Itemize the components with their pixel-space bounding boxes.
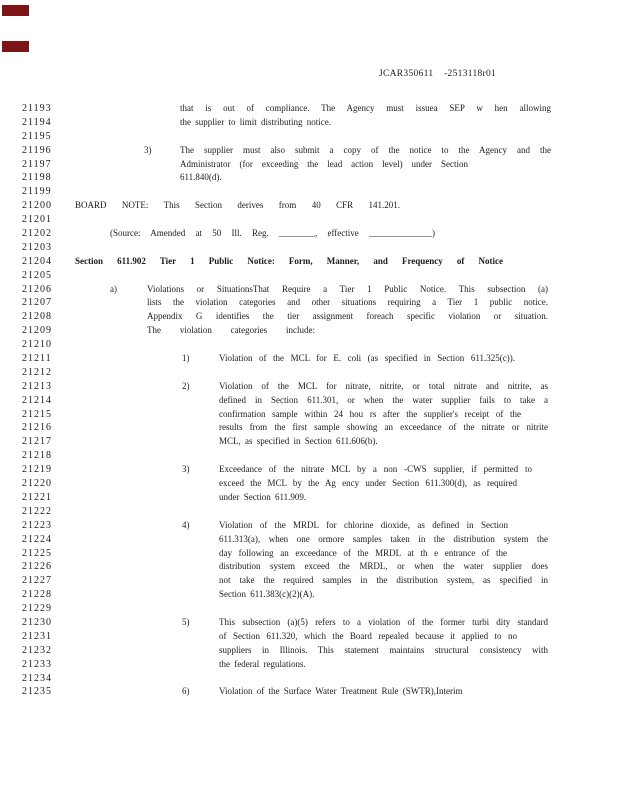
line-text: confirmation sample within 24 hou rs aft… <box>219 408 521 422</box>
document-id-header: JCAR350611 -2513118r01 <box>379 69 496 79</box>
line-number: 21196 <box>22 144 52 158</box>
line-number: 21204 <box>22 255 52 269</box>
doc-line: 212193)Exceedance of the nitrate MCL by … <box>0 463 618 477</box>
doc-line: 21233the federal regulations. <box>0 658 618 672</box>
line-text: (Source: Amended at 50 Ill. Reg. _______… <box>110 227 435 241</box>
list-item-marker: 6) <box>182 685 190 699</box>
doc-line: 21199 <box>0 185 618 199</box>
doc-line: 21227not take the required samples in th… <box>0 574 618 588</box>
line-number: 21212 <box>22 366 52 380</box>
line-text: Administrator (for exceeding the lead ac… <box>180 158 468 172</box>
line-number: 21222 <box>22 505 52 519</box>
line-number: 21227 <box>22 574 52 588</box>
line-text: Appendix G identifies the tier assignmen… <box>147 310 548 324</box>
doc-line: 21206a)Violations or SituationsThat Requ… <box>0 283 618 297</box>
line-text: BOARD NOTE: This Section derives from 40… <box>75 199 400 213</box>
doc-line: 21224611.313(a), when one ormore samples… <box>0 533 618 547</box>
doc-line: 21212 <box>0 366 618 380</box>
line-text: distribution system exceed the MRDL, or … <box>219 560 548 574</box>
line-number: 21205 <box>22 269 52 283</box>
doc-line: 212356)Violation of the Surface Water Tr… <box>0 685 618 699</box>
list-item-marker: 3) <box>144 144 152 158</box>
line-text: Section 611.383(c)(2)(A). <box>219 588 314 602</box>
line-number: 21199 <box>22 185 52 199</box>
line-text: The violation categories include: <box>147 324 315 338</box>
line-text: day following an exceedance of the MRDL … <box>219 547 507 561</box>
line-number: 21234 <box>22 672 52 686</box>
doc-line: 21216results from the first sample showi… <box>0 421 618 435</box>
doc-line: 21221under Section 611.909. <box>0 491 618 505</box>
line-text: 611.840(d). <box>180 171 222 185</box>
line-number: 21228 <box>22 588 52 602</box>
line-text: Violation of the MCL for E. coli (as spe… <box>219 352 515 366</box>
line-number: 21194 <box>22 116 52 130</box>
line-number: 21198 <box>22 171 52 185</box>
line-text: Violation of the MCL for nitrate, nitrit… <box>219 380 548 394</box>
doc-line: 21197Administrator (for exceeding the le… <box>0 158 618 172</box>
line-number: 21230 <box>22 616 52 630</box>
line-text: The supplier must also submit a copy of … <box>180 144 551 158</box>
line-text: MCL, as specified in Section 611.606(b). <box>219 435 378 449</box>
list-item-marker: a) <box>110 283 117 297</box>
line-text: Section 611.902 Tier 1 Public Notice: Fo… <box>75 255 503 269</box>
list-item-marker: 4) <box>182 519 190 533</box>
line-text: Exceedance of the nitrate MCL by a non -… <box>219 463 532 477</box>
line-number: 21229 <box>22 602 52 616</box>
line-text: that is out of compliance. The Agency mu… <box>180 102 551 116</box>
doc-line: 21202(Source: Amended at 50 Ill. Reg. __… <box>0 227 618 241</box>
line-number: 21220 <box>22 477 52 491</box>
doc-line: 21229 <box>0 602 618 616</box>
line-number: 21214 <box>22 394 52 408</box>
line-number: 21209 <box>22 324 52 338</box>
doc-line: 21226distribution system exceed the MRDL… <box>0 560 618 574</box>
line-number: 21207 <box>22 296 52 310</box>
doc-line: 212305)This subsection (a)(5) refers to … <box>0 616 618 630</box>
line-number: 21208 <box>22 310 52 324</box>
line-number: 21226 <box>22 560 52 574</box>
doc-line: 21234 <box>0 672 618 686</box>
doc-line: 21232suppliers in Illinois. This stateme… <box>0 644 618 658</box>
line-text: defined in Section 611.301, or when the … <box>219 394 548 408</box>
doc-line: 21207lists the violation categories and … <box>0 296 618 310</box>
doc-line: 21203 <box>0 241 618 255</box>
line-number: 21231 <box>22 630 52 644</box>
line-text: This subsection (a)(5) refers to a viola… <box>219 616 548 630</box>
line-number: 21195 <box>22 130 52 144</box>
line-number: 21221 <box>22 491 52 505</box>
doc-line: 21201 <box>0 213 618 227</box>
line-number: 21217 <box>22 435 52 449</box>
document-page: JCAR350611 -2513118r01 21193that is out … <box>0 0 618 800</box>
line-text: Violations or SituationsThat Require a T… <box>147 283 548 297</box>
line-text: 611.313(a), when one ormore samples take… <box>219 533 548 547</box>
line-number: 21197 <box>22 158 52 172</box>
line-number: 21201 <box>22 213 52 227</box>
scan-artifact-mark-second <box>2 41 29 52</box>
doc-line: 21220exceed the MCL by the Ag ency under… <box>0 477 618 491</box>
line-number: 21224 <box>22 533 52 547</box>
line-text: the supplier to limit distributing notic… <box>180 116 331 130</box>
line-number: 21210 <box>22 338 52 352</box>
line-text: Violation of the Surface Water Treatment… <box>219 685 463 699</box>
line-number: 21211 <box>22 352 52 366</box>
line-text: not take the required samples in the dis… <box>219 574 548 588</box>
line-text: suppliers in Illinois. This statement ma… <box>219 644 548 658</box>
document-body: 21193that is out of compliance. The Agen… <box>0 102 618 699</box>
line-number: 21202 <box>22 227 52 241</box>
doc-line: 21208Appendix G identifies the tier assi… <box>0 310 618 324</box>
doc-line: 21194the supplier to limit distributing … <box>0 116 618 130</box>
doc-line: 21225day following an exceedance of the … <box>0 547 618 561</box>
doc-line: 211963)The supplier must also submit a c… <box>0 144 618 158</box>
list-item-marker: 5) <box>182 616 190 630</box>
list-item-marker: 1) <box>182 352 190 366</box>
line-number: 21215 <box>22 408 52 422</box>
line-number: 21235 <box>22 685 52 699</box>
doc-line: 21193that is out of compliance. The Agen… <box>0 102 618 116</box>
doc-line: 21198611.840(d). <box>0 171 618 185</box>
line-text: lists the violation categories and other… <box>147 296 548 310</box>
line-text: the federal regulations. <box>219 658 306 672</box>
doc-line: 21210 <box>0 338 618 352</box>
doc-line: 21215confirmation sample within 24 hou r… <box>0 408 618 422</box>
line-text: Violation of the MRDL for chlorine dioxi… <box>219 519 508 533</box>
list-item-marker: 2) <box>182 380 190 394</box>
doc-line: 212132)Violation of the MCL for nitrate,… <box>0 380 618 394</box>
line-text: of Section 611.320, which the Board repe… <box>219 630 517 644</box>
line-number: 21216 <box>22 421 52 435</box>
doc-line: 21195 <box>0 130 618 144</box>
line-text: under Section 611.909. <box>219 491 306 505</box>
line-number: 21219 <box>22 463 52 477</box>
doc-line: 21200BOARD NOTE: This Section derives fr… <box>0 199 618 213</box>
line-number: 21225 <box>22 547 52 561</box>
doc-line: 21218 <box>0 449 618 463</box>
line-text: exceed the MCL by the Ag ency under Sect… <box>219 477 517 491</box>
line-number: 21233 <box>22 658 52 672</box>
line-number: 21203 <box>22 241 52 255</box>
doc-line: 21205 <box>0 269 618 283</box>
doc-line: 21228Section 611.383(c)(2)(A). <box>0 588 618 602</box>
doc-line: 21222 <box>0 505 618 519</box>
line-number: 21232 <box>22 644 52 658</box>
doc-line: 21214defined in Section 611.301, or when… <box>0 394 618 408</box>
doc-line: 212234)Violation of the MRDL for chlorin… <box>0 519 618 533</box>
doc-line: 21204Section 611.902 Tier 1 Public Notic… <box>0 255 618 269</box>
scan-artifact-mark-top <box>2 5 29 16</box>
list-item-marker: 3) <box>182 463 190 477</box>
doc-line: 21231of Section 611.320, which the Board… <box>0 630 618 644</box>
line-number: 21193 <box>22 102 52 116</box>
line-number: 21218 <box>22 449 52 463</box>
doc-line: 212111)Violation of the MCL for E. coli … <box>0 352 618 366</box>
line-number: 21213 <box>22 380 52 394</box>
line-number: 21223 <box>22 519 52 533</box>
line-text: results from the first sample showing an… <box>219 421 548 435</box>
line-number: 21206 <box>22 283 52 297</box>
doc-line: 21209The violation categories include: <box>0 324 618 338</box>
line-number: 21200 <box>22 199 52 213</box>
doc-line: 21217MCL, as specified in Section 611.60… <box>0 435 618 449</box>
